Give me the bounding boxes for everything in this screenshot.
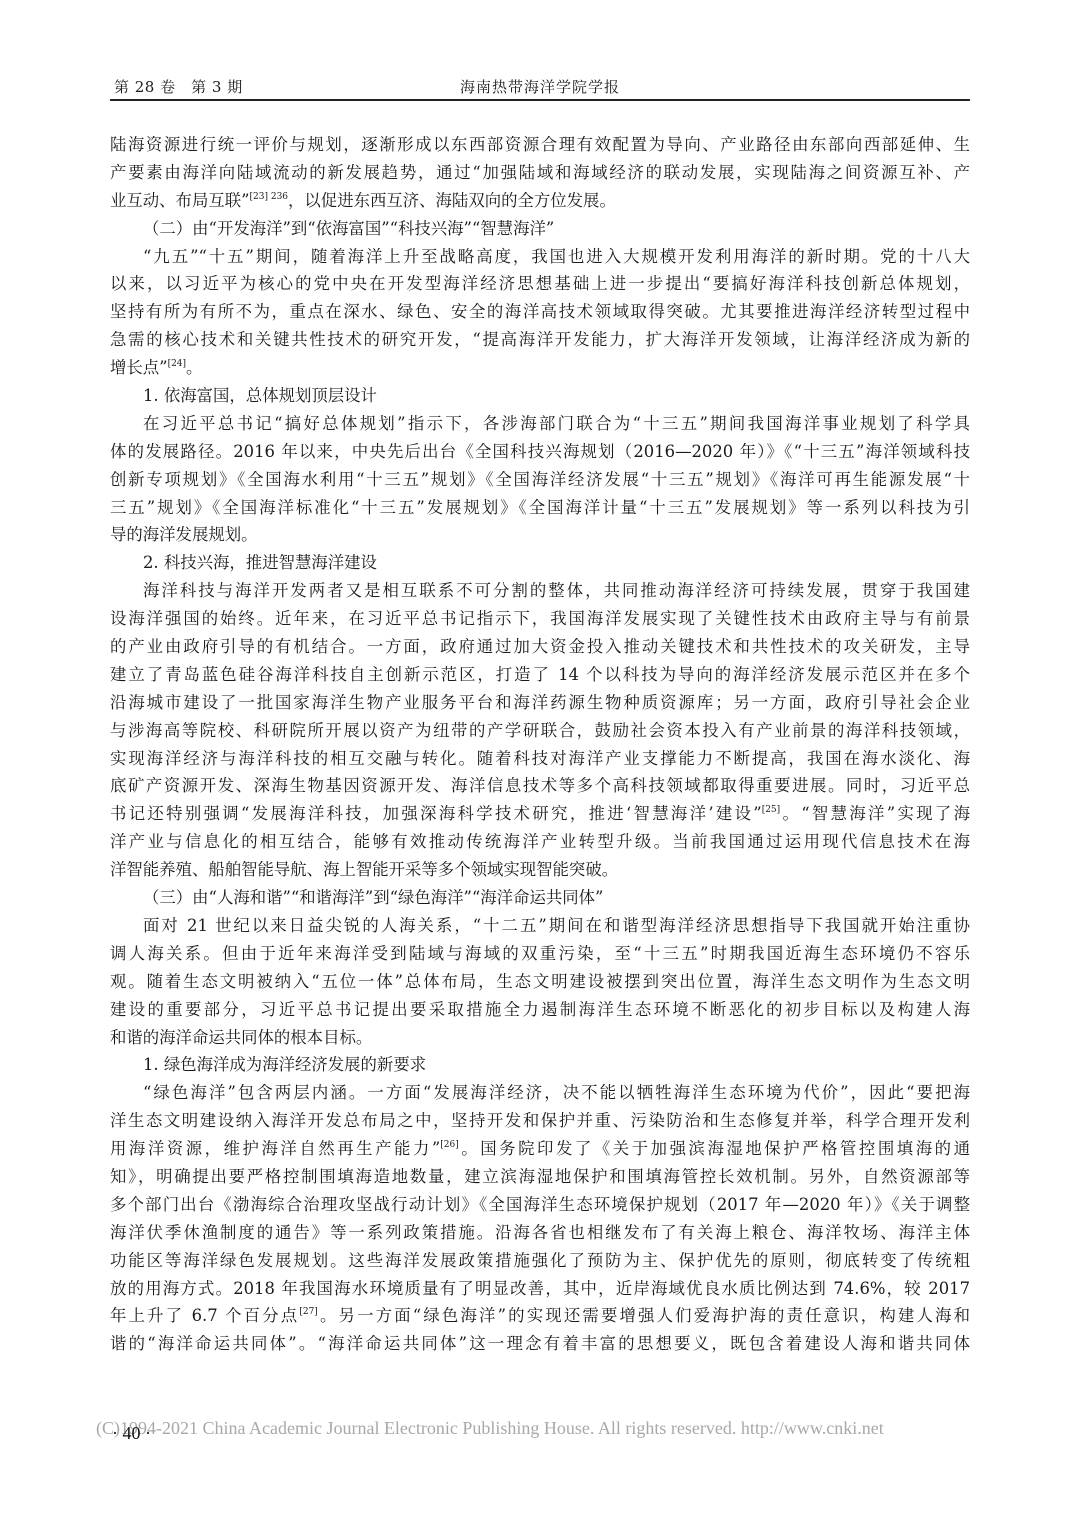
line-text: 书记还特别强调“发展海洋科技，加强深海科学技术研究，推进‘智慧海洋’建设” (110, 804, 762, 823)
line-text: 与涉海高等院校、科研院所开展以资产为纽带的产学研联合，鼓励社会资本投入有产业前景… (110, 721, 970, 740)
line-text: 产要素由海洋向陆域流动的新发展趋势，通过“加强陆域和海域经济的联动发展，实现陆海… (110, 163, 970, 182)
section-heading: 1. 依海富国，总体规划顶层设计 (110, 382, 970, 410)
line-text: 用海洋资源，维护海洋自然再生产能力” (110, 1139, 440, 1158)
text-line: 调人海关系。但由于近年来海洋受到陆域与海域的双重污染，至“十三五”时期我国近海生… (110, 940, 970, 968)
text-line: 建立了青岛蓝色硅谷海洋科技自主创新示范区，打造了 14 个以科技为导向的海洋经济… (110, 661, 970, 689)
line-text: 实现海洋经济与海洋科技的相互交融与转化。随着科技对海洋产业支撑能力不断提高，我国… (110, 749, 970, 768)
text-line: 多个部门出台《渤海综合治理攻坚战行动计划》《全国海洋生态环境保护规划（2017 … (110, 1191, 970, 1219)
page-number: · 40 · (112, 1423, 151, 1444)
line-text: 多个部门出台《渤海综合治理攻坚战行动计划》《全国海洋生态环境保护规划（2017 … (110, 1195, 970, 1214)
line-text: 设海洋强国的始终。近年来，在习近平总书记指示下，我国海洋发展实现了关键性技术由政… (110, 609, 970, 628)
text-line: 的产业由政府引导的有机结合。一方面，政府通过加大资金投入推动关键技术和共性技术的… (110, 633, 970, 661)
line-text: 海洋科技与海洋开发两者又是相互联系不可分割的整体，共同推动海洋经济可持续发展，贯… (143, 581, 970, 600)
line-text: 洋产业与信息化的相互结合，能够有效推动传统海洋产业转型升级。当前我国通过运用现代… (110, 832, 970, 851)
line-text: 底矿产资源开发、深海生物基因资源开发、海洋信息技术等多个高科技领域都取得重要进展… (110, 776, 970, 795)
text-line: 增长点”[24]。 (110, 354, 970, 382)
text-line: 年上升了 6.7 个百分点[27]。另一方面“绿色海洋”的实现还需要增强人们爱海… (110, 1302, 970, 1330)
line-text: 。“智慧海洋”实现了海 (780, 804, 970, 823)
line-text: 。 (186, 358, 202, 377)
line-text: 功能区等海洋绿色发展规划。这些海洋发展政策措施强化了预防为主、保护优先的原则，彻… (110, 1251, 970, 1270)
line-text: 的产业由政府引导的有机结合。一方面，政府通过加大资金投入推动关键技术和共性技术的… (110, 637, 970, 656)
text-line: 建设的重要部分，习近平总书记提出要采取措施全力遏制海洋生态环境不断恶化的初步目标… (110, 996, 970, 1024)
header-rule (110, 99, 970, 101)
section-heading: （二）由“开发海洋”到“依海富国”“科技兴海”“智慧海洋” (110, 215, 970, 243)
line-text: 放的用海方式。2018 年我国海水环境质量有了明显改善，其中，近岸海域优良水质比… (110, 1279, 970, 1298)
text-line: 陆海资源进行统一评价与规划，逐渐形成以东西部资源合理有效配置为导向、产业路径由东… (110, 131, 970, 159)
line-text: “绿色海洋”包含两层内涵。一方面“发展海洋经济，决不能以牺牲海洋生态环境为代价”… (143, 1083, 970, 1102)
line-text: 导的海洋发展规划。 (110, 525, 258, 544)
text-line: 海洋伏季休渔制度的通告》等一系列政策措施。沿海各省也相继发布了有关海上粮仓、海洋… (110, 1219, 970, 1247)
text-line: 在习近平总书记“搞好总体规划”指示下，各涉海部门联合为“十三五”期间我国海洋事业… (110, 410, 970, 438)
line-text: 创新专项规划》《全国海水利用“十三五”规划》《全国海洋经济发展“十三五”规划》《… (110, 470, 970, 489)
text-line: 导的海洋发展规划。 (110, 521, 970, 549)
line-text: 业互动、布局互联” (110, 191, 250, 210)
line-text: 建立了青岛蓝色硅谷海洋科技自主创新示范区，打造了 14 个以科技为导向的海洋经济… (110, 665, 970, 684)
text-line: 功能区等海洋绿色发展规划。这些海洋发展政策措施强化了预防为主、保护优先的原则，彻… (110, 1247, 970, 1275)
section-heading: 2. 科技兴海，推进智慧海洋建设 (110, 549, 970, 577)
text-line: 底矿产资源开发、深海生物基因资源开发、海洋信息技术等多个高科技领域都取得重要进展… (110, 772, 970, 800)
text-line: 以来，以习近平为核心的党中央在开发型海洋经济思想基础上进一步提出“要搞好海洋科技… (110, 270, 970, 298)
citation-ref: [26] (440, 1140, 458, 1150)
line-text: 三五”规划》《全国海洋标准化“十三五”发展规划》《全国海洋计量“十三五”发展规划… (110, 498, 970, 517)
line-text: 海洋伏季休渔制度的通告》等一系列政策措施。沿海各省也相继发布了有关海上粮仓、海洋… (110, 1223, 970, 1242)
line-text: 陆海资源进行统一评价与规划，逐渐形成以东西部资源合理有效配置为导向、产业路径由东… (110, 135, 970, 154)
text-line: 洋生态文明建设纳入海洋开发总布局之中，坚持开发和保护并重、污染防治和生态修复并举… (110, 1107, 970, 1135)
citation-ref: [24] (168, 359, 186, 369)
running-header: 第 28 卷 第 3 期 海南热带海洋学院学报 (110, 74, 970, 98)
text-line: 放的用海方式。2018 年我国海水环境质量有了明显改善，其中，近岸海域优良水质比… (110, 1275, 970, 1303)
line-text: 。另一方面“绿色海洋”的实现还需要增强人们爱海护海的责任意识，构建人海和 (318, 1306, 970, 1325)
text-line: 设海洋强国的始终。近年来，在习近平总书记指示下，我国海洋发展实现了关键性技术由政… (110, 605, 970, 633)
text-line: 知》，明确提出要严格控制围填海造地数量，建立滨海湿地保护和围填海管控长效机制。另… (110, 1163, 970, 1191)
text-line: 体的发展路径。2016 年以来，中央先后出台《全国科技兴海规划（2016—202… (110, 438, 970, 466)
text-line: 洋智能养殖、船舶智能导航、海上智能开采等多个领域实现智能突破。 (110, 856, 970, 884)
citation-ref: [23] 236 (250, 192, 289, 202)
line-text: “九五”“十五”期间，随着海洋上升至战略高度，我国也进入大规模开发利用海洋的新时… (143, 247, 970, 266)
line-text: （三）由“人海和谐”“和谐海洋”到“绿色海洋”“海洋命运共同体” (143, 888, 603, 907)
text-line: 三五”规划》《全国海洋标准化“十三五”发展规划》《全国海洋计量“十三五”发展规划… (110, 494, 970, 522)
text-line: 沿海城市建设了一批国家海洋生物产业服务平台和海洋药源生物种质资源库；另一方面，政… (110, 689, 970, 717)
text-line: 和谐的海洋命运共同体的根本目标。 (110, 1024, 970, 1052)
line-text: 建设的重要部分，习近平总书记提出要采取措施全力遏制海洋生态环境不断恶化的初步目标… (110, 1000, 970, 1019)
line-text: 体的发展路径。2016 年以来，中央先后出台《全国科技兴海规划（2016—202… (110, 442, 970, 461)
line-text: ，以促进东西互济、海陆双向的全方位发展。 (288, 191, 616, 210)
text-line: 面对 21 世纪以来日益尖锐的人海关系，“十二五”期间在和谐型海洋经济思想指导下… (110, 912, 970, 940)
text-line: 谐的“海洋命运共同体”。“海洋命运共同体”这一理念有着丰富的思想要义，既包含着建… (110, 1330, 970, 1358)
text-line: 洋产业与信息化的相互结合，能够有效推动传统海洋产业转型升级。当前我国通过运用现代… (110, 828, 970, 856)
line-text: （二）由“开发海洋”到“依海富国”“科技兴海”“智慧海洋” (143, 219, 554, 238)
text-line: 书记还特别强调“发展海洋科技，加强深海科学技术研究，推进‘智慧海洋’建设”[25… (110, 800, 970, 828)
line-text: 沿海城市建设了一批国家海洋生物产业服务平台和海洋药源生物种质资源库；另一方面，政… (110, 693, 970, 712)
text-line: 实现海洋经济与海洋科技的相互交融与转化。随着科技对海洋产业支撑能力不断提高，我国… (110, 745, 970, 773)
line-text: 和谐的海洋命运共同体的根本目标。 (110, 1028, 372, 1047)
article-body: 陆海资源进行统一评价与规划，逐渐形成以东西部资源合理有效配置为导向、产业路径由东… (110, 131, 970, 1358)
line-text: 增长点” (110, 358, 168, 377)
line-text: 1. 绿色海洋成为海洋经济发展的新要求 (143, 1055, 426, 1074)
line-text: 谐的“海洋命运共同体”。“海洋命运共同体”这一理念有着丰富的思想要义，既包含着建… (110, 1334, 970, 1353)
text-line: “九五”“十五”期间，随着海洋上升至战略高度，我国也进入大规模开发利用海洋的新时… (110, 243, 970, 271)
line-text: 面对 21 世纪以来日益尖锐的人海关系，“十二五”期间在和谐型海洋经济思想指导下… (143, 916, 970, 935)
line-text: 洋智能养殖、船舶智能导航、海上智能开采等多个领域实现智能突破。 (110, 860, 618, 879)
section-heading: 1. 绿色海洋成为海洋经济发展的新要求 (110, 1051, 970, 1079)
text-line: 急需的核心技术和关键共性技术的研究开发，“提高海洋开发能力，扩大海洋开发领域，让… (110, 326, 970, 354)
text-line: 业互动、布局互联”[23] 236，以促进东西互济、海陆双向的全方位发展。 (110, 187, 970, 215)
line-text: 坚持有所为有所不为，重点在深水、绿色、安全的海洋高技术领域取得突破。尤其要推进海… (110, 302, 970, 321)
line-text: 在习近平总书记“搞好总体规划”指示下，各涉海部门联合为“十三五”期间我国海洋事业… (143, 414, 970, 433)
text-line: 海洋科技与海洋开发两者又是相互联系不可分割的整体，共同推动海洋经济可持续发展，贯… (110, 577, 970, 605)
text-line: 用海洋资源，维护海洋自然再生产能力”[26]。国务院印发了《关于加强滨海湿地保护… (110, 1135, 970, 1163)
line-text: 调人海关系。但由于近年来海洋受到陆域与海域的双重污染，至“十三五”时期我国近海生… (110, 944, 970, 963)
copyright-notice: (C)1994-2021 China Academic Journal Elec… (96, 1418, 884, 1439)
text-line: 观。随着生态文明被纳入“五位一体”总体布局，生态文明建设被摆到突出位置，海洋生态… (110, 968, 970, 996)
section-heading: （三）由“人海和谐”“和谐海洋”到“绿色海洋”“海洋命运共同体” (110, 884, 970, 912)
line-text: 。国务院印发了《关于加强滨海湿地保护严格管控围填海的通 (459, 1139, 970, 1158)
text-line: 创新专项规划》《全国海水利用“十三五”规划》《全国海洋经济发展“十三五”规划》《… (110, 466, 970, 494)
citation-ref: [25] (762, 805, 780, 815)
line-text: 1. 依海富国，总体规划顶层设计 (143, 386, 377, 405)
text-line: 产要素由海洋向陆域流动的新发展趋势，通过“加强陆域和海域经济的联动发展，实现陆海… (110, 159, 970, 187)
journal-title: 海南热带海洋学院学报 (110, 76, 970, 97)
line-text: 年上升了 6.7 个百分点 (110, 1306, 299, 1325)
line-text: 以来，以习近平为核心的党中央在开发型海洋经济思想基础上进一步提出“要搞好海洋科技… (110, 274, 970, 293)
text-line: 坚持有所为有所不为，重点在深水、绿色、安全的海洋高技术领域取得突破。尤其要推进海… (110, 298, 970, 326)
text-line: “绿色海洋”包含两层内涵。一方面“发展海洋经济，决不能以牺牲海洋生态环境为代价”… (110, 1079, 970, 1107)
page-footer: (C)1994-2021 China Academic Journal Elec… (96, 1418, 976, 1448)
line-text: 观。随着生态文明被纳入“五位一体”总体布局，生态文明建设被摆到突出位置，海洋生态… (110, 972, 970, 991)
line-text: 洋生态文明建设纳入海洋开发总布局之中，坚持开发和保护并重、污染防治和生态修复并举… (110, 1111, 970, 1130)
line-text: 2. 科技兴海，推进智慧海洋建设 (143, 553, 377, 572)
text-line: 与涉海高等院校、科研院所开展以资产为纽带的产学研联合，鼓励社会资本投入有产业前景… (110, 717, 970, 745)
line-text: 急需的核心技术和关键共性技术的研究开发，“提高海洋开发能力，扩大海洋开发领域，让… (110, 330, 970, 349)
citation-ref: [27] (299, 1307, 317, 1317)
line-text: 知》，明确提出要严格控制围填海造地数量，建立滨海湿地保护和围填海管控长效机制。另… (110, 1167, 970, 1186)
